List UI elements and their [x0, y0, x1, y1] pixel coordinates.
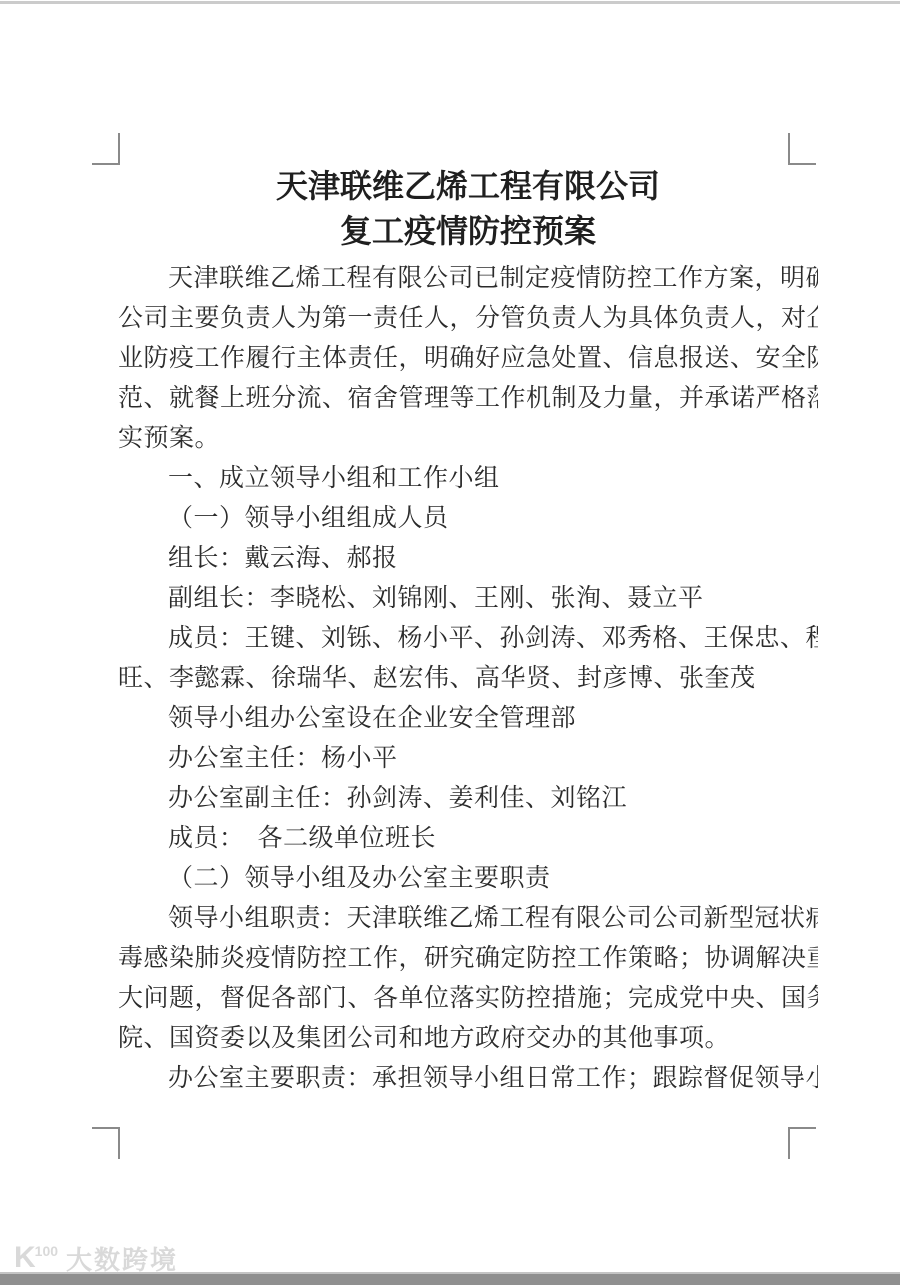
- body-line: 业防疫工作履行主体责任，明确好应急处置、信息报送、安全防: [118, 338, 818, 378]
- crop-mark-bottom-left: [92, 1127, 120, 1159]
- body-line: 办公室主要职责：承担领导小组日常工作；跟踪督促领导小: [118, 1058, 818, 1098]
- body-line: 旺、李懿霖、徐瑞华、赵宏伟、高华贤、封彦博、张奎茂: [118, 658, 818, 698]
- crop-mark-bottom-right: [788, 1127, 816, 1159]
- body-line: 大问题，督促各部门、各单位落实防控措施；完成党中央、国务: [118, 978, 818, 1018]
- watermark: K100 大数跨境: [14, 1240, 178, 1276]
- body-line: 成员： 各二级单位班长: [118, 818, 818, 858]
- body-text-block: 天津联维乙烯工程有限公司已制定疫情防控工作方案，明确 公司主要负责人为第一责任人…: [118, 258, 818, 1098]
- page-bottom-bar: [0, 1272, 900, 1285]
- document-title-line-2: 复工疫情防控预案: [118, 209, 818, 254]
- section-heading: 一、成立领导小组和工作小组: [118, 458, 818, 498]
- body-line: 天津联维乙烯工程有限公司已制定疫情防控工作方案，明确: [118, 258, 818, 298]
- body-line: 领导小组职责：天津联维乙烯工程有限公司公司新型冠状病: [118, 898, 818, 938]
- body-line: 领导小组办公室设在企业安全管理部: [118, 698, 818, 738]
- body-line: 毒感染肺炎疫情防控工作，研究确定防控工作策略；协调解决重: [118, 938, 818, 978]
- body-line: 组长：戴云海、郝报: [118, 538, 818, 578]
- watermark-text: 大数跨境: [66, 1240, 178, 1277]
- body-line: 公司主要负责人为第一责任人，分管负责人为具体负责人，对企: [118, 298, 818, 338]
- body-line: 实预案。: [118, 418, 818, 458]
- body-line: 范、就餐上班分流、宿舍管理等工作机制及力量，并承诺严格落: [118, 378, 818, 418]
- document-page: 天津联维乙烯工程有限公司 复工疫情防控预案 天津联维乙烯工程有限公司已制定疫情防…: [0, 0, 900, 1285]
- body-line: 办公室副主任：孙剑涛、姜利佳、刘铭江: [118, 778, 818, 818]
- document-title-line-1: 天津联维乙烯工程有限公司: [118, 164, 818, 209]
- subsection-heading: （二）领导小组及办公室主要职责: [118, 858, 818, 898]
- body-line: 办公室主任：杨小平: [118, 738, 818, 778]
- crop-mark-top-right: [788, 133, 816, 165]
- body-line: 副组长：李晓松、刘锦刚、王刚、张洵、聂立平: [118, 578, 818, 618]
- subsection-heading: （一）领导小组组成人员: [118, 498, 818, 538]
- watermark-logo-icon: K100: [14, 1241, 58, 1275]
- body-line: 院、国资委以及集团公司和地方政府交办的其他事项。: [118, 1018, 818, 1058]
- crop-mark-top-left: [92, 133, 120, 165]
- document-body: 天津联维乙烯工程有限公司 复工疫情防控预案 天津联维乙烯工程有限公司已制定疫情防…: [118, 164, 818, 1098]
- page-top-edge: [0, 1, 900, 4]
- body-line: 成员：王键、刘铄、杨小平、孙剑涛、邓秀格、王保忠、程林: [118, 618, 818, 658]
